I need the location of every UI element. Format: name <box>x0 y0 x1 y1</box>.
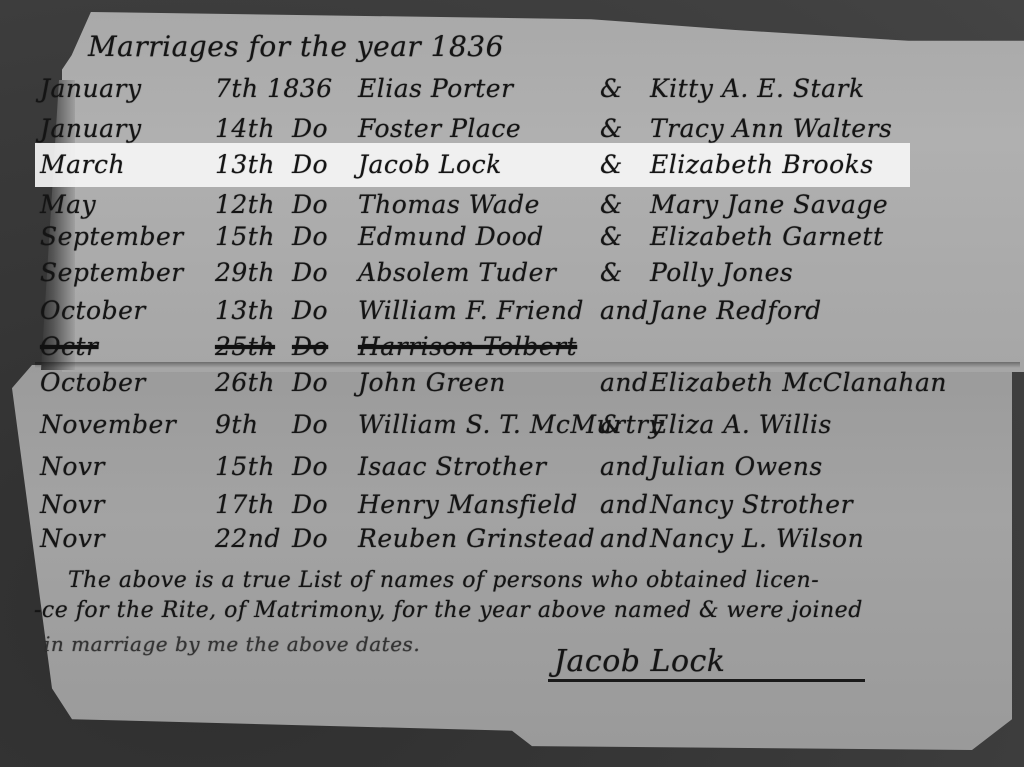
certification-line-1: The above is a true List of names of per… <box>68 568 819 593</box>
entry-bride: Jane Redford <box>650 296 822 325</box>
entry-ditto: Do <box>292 296 328 325</box>
entry-day: 14th <box>215 114 275 143</box>
entry-month: September <box>40 258 184 287</box>
entry-bride: Tracy Ann Walters <box>650 114 892 143</box>
register-entry: January 14th Do Foster Place & Tracy Ann… <box>40 114 1000 154</box>
register-entry-highlighted: March 13th Do Jacob Lock & Elizabeth Bro… <box>40 150 1000 190</box>
entry-day: 13th <box>215 150 275 179</box>
entry-month: September <box>40 222 184 251</box>
entry-month: Novr <box>40 452 105 481</box>
entry-day: 7th 1836 <box>215 74 333 103</box>
entry-month: October <box>40 368 146 397</box>
entry-bride: Nancy L. Wilson <box>650 524 864 553</box>
entry-bride: Julian Owens <box>650 452 823 481</box>
entry-conjunction: & <box>600 114 623 143</box>
entry-groom: Jacob Lock <box>358 150 502 179</box>
entry-month: May <box>40 190 96 219</box>
entry-conjunction: and <box>600 524 649 553</box>
entry-ditto: Do <box>292 410 328 439</box>
entry-bride: Elizabeth McClanahan <box>650 368 947 397</box>
entry-day: 15th <box>215 452 275 481</box>
entry-bride: Elizabeth Brooks <box>650 150 874 179</box>
certification-line-2: -ce for the Rite, of Matrimony, for the … <box>34 598 863 623</box>
entry-groom: William F. Friend <box>358 296 584 325</box>
entry-ditto: Do <box>292 114 328 143</box>
entry-groom: Isaac Strother <box>358 452 547 481</box>
register-text: Marriages for the year 1836 January 7th … <box>0 0 1024 767</box>
entry-ditto: Do <box>292 332 328 361</box>
entry-day: 12th <box>215 190 275 219</box>
entry-day: 9th <box>215 410 259 439</box>
entry-day: 25th <box>215 332 275 361</box>
entry-groom: Harrison Tolbert <box>358 332 577 361</box>
page-title: Marriages for the year 1836 <box>88 30 504 63</box>
register-entry: September 29th Do Absolem Tuder & Polly … <box>40 258 1000 298</box>
register-entry: Novr 22nd Do Reuben Grinstead and Nancy … <box>40 524 1000 564</box>
register-entry: October 26th Do John Green and Elizabeth… <box>40 368 1000 408</box>
entry-conjunction: & <box>600 222 623 251</box>
entry-conjunction: and <box>600 368 649 397</box>
entry-conjunction: and <box>600 452 649 481</box>
entry-month: October <box>40 296 146 325</box>
entry-groom: Henry Mansfield <box>358 490 578 519</box>
entry-ditto: Do <box>292 190 328 219</box>
entry-conjunction: & <box>600 410 623 439</box>
entry-bride: Polly Jones <box>650 258 793 287</box>
entry-month: March <box>40 150 125 179</box>
entry-bride: Eliza A. Willis <box>650 410 832 439</box>
register-entry-struck-out: Octr 25th Do Harrison Tolbert <box>40 332 1000 372</box>
entry-month: Octr <box>40 332 99 361</box>
entry-groom: Elias Porter <box>358 74 514 103</box>
entry-groom: Reuben Grinstead <box>358 524 595 553</box>
entry-ditto: Do <box>292 150 328 179</box>
entry-bride: Nancy Strother <box>650 490 853 519</box>
entry-conjunction: & <box>600 150 623 179</box>
entry-groom: Absolem Tuder <box>358 258 556 287</box>
entry-month: January <box>40 74 142 103</box>
register-entry: October 13th Do William F. Friend and Ja… <box>40 296 1000 336</box>
register-entry: Novr 15th Do Isaac Strother and Julian O… <box>40 452 1000 492</box>
entry-month: Novr <box>40 490 105 519</box>
entry-groom: Edmund Dood <box>358 222 544 251</box>
entry-ditto: Do <box>292 452 328 481</box>
signature: Jacob Lock <box>548 644 865 682</box>
entry-bride: Elizabeth Garnett <box>650 222 884 251</box>
entry-bride: Kitty A. E. Stark <box>650 74 865 103</box>
entry-month: January <box>40 114 142 143</box>
entry-day: 13th <box>215 296 275 325</box>
entry-conjunction: & <box>600 74 623 103</box>
entry-day: 29th <box>215 258 275 287</box>
entry-day: 22nd <box>215 524 281 553</box>
certification-line-3: in marriage by me the above dates. <box>44 632 420 656</box>
entry-conjunction: and <box>600 490 649 519</box>
register-entry: November 9th Do William S. T. McMurtry &… <box>40 410 1000 450</box>
entry-ditto: Do <box>292 368 328 397</box>
entry-conjunction: & <box>600 258 623 287</box>
entry-ditto: Do <box>292 258 328 287</box>
entry-day: 17th <box>215 490 275 519</box>
entry-day: 26th <box>215 368 275 397</box>
scanned-document: Marriages for the year 1836 January 7th … <box>0 0 1024 767</box>
entry-groom: Thomas Wade <box>358 190 540 219</box>
entry-ditto: Do <box>292 524 328 553</box>
entry-conjunction: & <box>600 190 623 219</box>
entry-bride: Mary Jane Savage <box>650 190 888 219</box>
entry-ditto: Do <box>292 490 328 519</box>
entry-groom: Foster Place <box>358 114 521 143</box>
entry-month: Novr <box>40 524 105 553</box>
entry-month: November <box>40 410 176 439</box>
entry-groom: John Green <box>358 368 506 397</box>
entry-day: 15th <box>215 222 275 251</box>
entry-conjunction: and <box>600 296 649 325</box>
register-entry: January 7th 1836 Elias Porter & Kitty A.… <box>40 74 1000 114</box>
register-entry: September 15th Do Edmund Dood & Elizabet… <box>40 222 1000 262</box>
entry-ditto: Do <box>292 222 328 251</box>
